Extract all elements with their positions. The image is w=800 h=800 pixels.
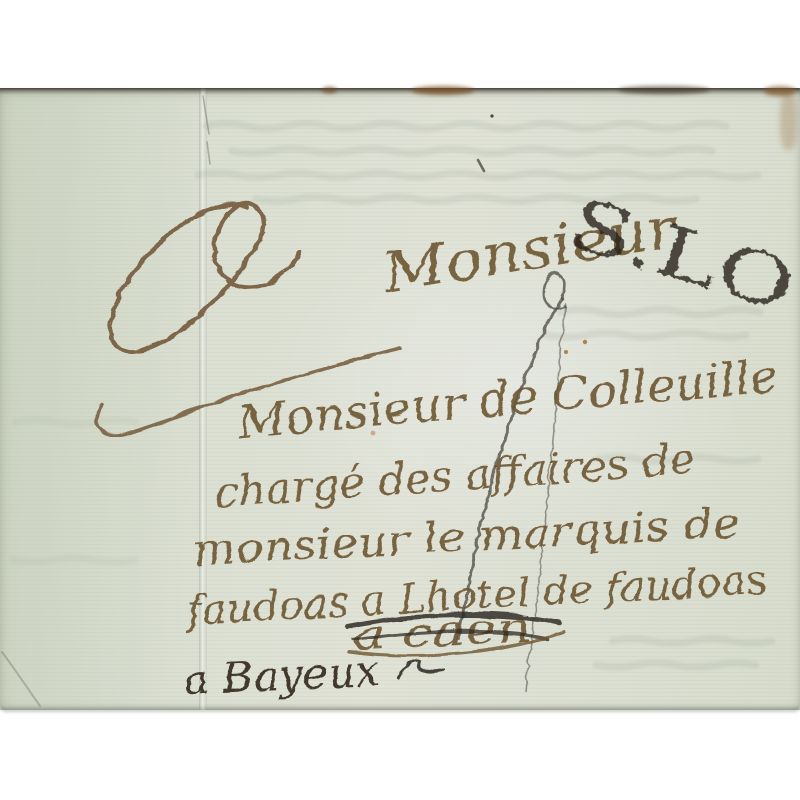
- paper-bottom-edge: [0, 705, 800, 710]
- fold-crease: [199, 88, 207, 710]
- corner-stain: [780, 92, 797, 150]
- letter-paper: [0, 88, 800, 710]
- edge-stain: [322, 87, 337, 93]
- left-panel-shading: [0, 88, 210, 710]
- edge-stain: [618, 86, 710, 94]
- edge-stain: [412, 86, 474, 95]
- paper-highlight: [250, 208, 770, 568]
- photo-frame: 4 à Monsieur Monsieur de Colleuille char…: [0, 0, 800, 800]
